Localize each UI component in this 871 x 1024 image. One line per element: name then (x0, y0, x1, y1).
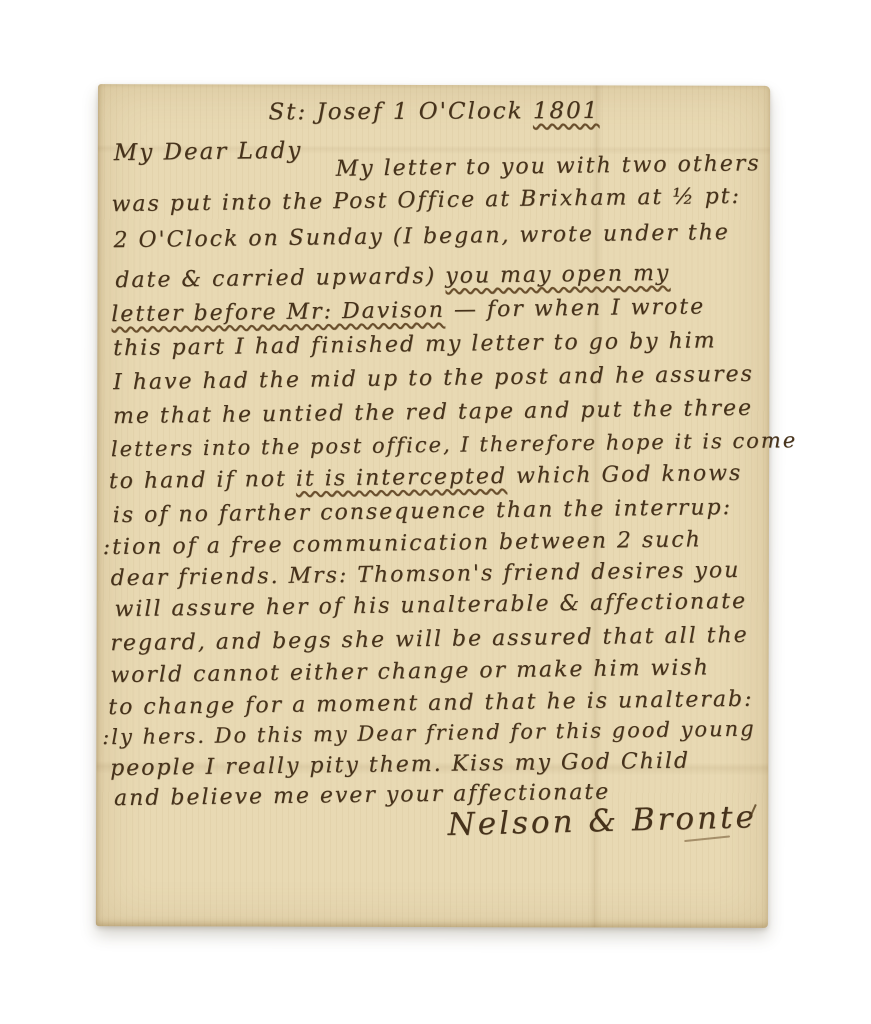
manuscript-heading: St: Josef 1 O'Clock 1801 (98, 97, 770, 126)
line-text: to hand if not (109, 467, 296, 494)
manuscript-line: to hand if not it is intercepted which G… (109, 461, 743, 494)
manuscript-line: this part I had finished my letter to go… (113, 328, 717, 361)
line-text: — for when I wrote (445, 294, 706, 322)
manuscript-line: was put into the Post Office at Brixham … (111, 184, 741, 217)
manuscript-line: letters into the post office, I therefor… (111, 428, 798, 461)
manuscript-line: My letter to you with two others (336, 151, 761, 182)
manuscript-line: regard, and begs she will be assured tha… (110, 623, 749, 656)
line-text: which God knows (507, 461, 743, 489)
manuscript-line: :tion of a free communication between 2 … (103, 527, 702, 560)
manuscript-line: people I really pity them. Kiss my God C… (110, 749, 690, 782)
manuscript-line: will assure her of his unalterable & aff… (114, 589, 747, 622)
manuscript-line: dear friends. Mrs: Thomson's friend desi… (110, 558, 740, 591)
underlined-phrase: it is intercepted (296, 464, 507, 492)
manuscript-line: date & carried upwards) you may open my (115, 261, 670, 293)
underlined-phrase: you may open my (445, 261, 670, 289)
manuscript-line: world cannot either change or make him w… (110, 655, 710, 688)
letter-paper: St: Josef 1 O'Clock 1801 My Dear Lady My… (96, 84, 770, 928)
manuscript-line: letter before Mr: Davison — for when I w… (111, 294, 705, 327)
manuscript-line: to change for a moment and that he is un… (108, 687, 754, 720)
manuscript-line: :ly hers. Do this my Dear friend for thi… (102, 717, 756, 750)
heading-year: 1801 (533, 98, 600, 124)
manuscript-line: me that he untied the red tape and put t… (113, 396, 753, 429)
manuscript-photo: St: Josef 1 O'Clock 1801 My Dear Lady My… (0, 0, 871, 1024)
line-text: date & carried upwards) (115, 264, 445, 293)
manuscript-line: 2 O'Clock on Sunday (I began, wrote unde… (113, 220, 730, 253)
letter-content: St: Josef 1 O'Clock 1801 My Dear Lady My… (96, 84, 770, 928)
underlined-phrase: letter before Mr: Davison (111, 298, 445, 327)
salutation: My Dear Lady (114, 138, 303, 166)
manuscript-line: I have had the mid up to the post and he… (113, 362, 754, 395)
heading-place-time: St: Josef 1 O'Clock (268, 98, 533, 125)
manuscript-line: is of no farther consequence than the in… (113, 495, 733, 528)
